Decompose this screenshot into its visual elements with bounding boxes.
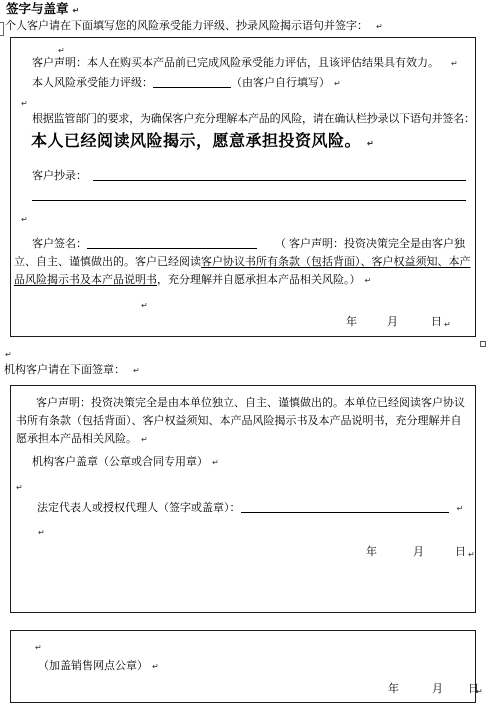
rating-line: 本人风险承受能力评级：（由客户自行填写）↵: [32, 76, 341, 90]
transcribe-line: 客户抄录：: [32, 169, 466, 183]
risk-statement-text: 本人已经阅读风险揭示，愿意承担投资风险。: [31, 133, 361, 150]
individual-intro: 个人客户请在下面填写您的风险承受能力评级、抄录风险揭示语句并签字：↵: [5, 20, 383, 33]
date-month-label: 月: [413, 546, 424, 559]
transcribe-label: 客户抄录：: [32, 170, 87, 182]
date-year-label: 年: [346, 316, 357, 329]
paragraph-mark-icon: ↵: [35, 641, 42, 654]
paragraph-mark-icon: ↵: [38, 526, 45, 539]
date-year-label: 年: [388, 683, 399, 696]
paragraph-mark-icon: ↵: [367, 139, 374, 148]
individual-date-row: 年 月 日 ↵: [11, 316, 477, 330]
outlet-seal-note: （加盖销售网点公章）: [38, 660, 148, 672]
institution-declaration-text: 客户声明：投资决策完全是由本单位独立、自主、谨慎做出的。本单位已经阅读客户协议书…: [16, 397, 465, 445]
signature-note-after: ，充分理解并自愿承担本产品相关风险。）: [157, 274, 361, 286]
regulator-instruction: 根据监管部门的要求，为确保客户充分理解本产品的风险，请在确认栏抄录以下语句并签名…: [32, 113, 475, 126]
date-day-label: 日: [455, 546, 466, 559]
paragraph-mark-icon: ↵: [141, 299, 148, 312]
paragraph-mark-icon: ↵: [133, 366, 140, 375]
date-month-label: 月: [432, 683, 443, 696]
paragraph-mark-icon: ↵: [16, 481, 23, 494]
paragraph-mark-icon: ↵: [21, 97, 28, 110]
representative-line: 法定代表人或授权代理人（签字或盖章）：↵: [37, 501, 463, 515]
paragraph-mark-icon: ↵: [141, 435, 148, 444]
institution-seal-label: 机构客户盖章（公章或合同专用章）: [32, 456, 208, 468]
paragraph-mark-icon: ↵: [468, 548, 475, 561]
rating-label: 本人风险承受能力评级：: [32, 77, 153, 89]
outlet-seal-line: （加盖销售网点公章）↵: [38, 660, 159, 673]
paragraph-mark-icon: ↵: [58, 44, 65, 57]
paragraph-mark-icon: ↵: [21, 213, 28, 226]
frame-anchor-icon: [0, 22, 4, 36]
date-year-label: 年: [366, 546, 377, 559]
paragraph-mark-icon: ↵: [457, 504, 464, 513]
page-title-text: 签字与盖章: [6, 2, 69, 16]
signature-paragraph: 客户签名：（ 客户声明：投资决策完全是由客户独立、自主、谨慎做出的。客户已经阅读…: [14, 235, 476, 290]
transcribe-blank-1[interactable]: [93, 169, 466, 181]
assessment-declaration: 客户声明：本人在购买本产品前已完成风险承受能力评估，且该评估结果具有效力。↵: [32, 57, 458, 70]
rating-note: （由客户自行填写）: [231, 77, 330, 89]
table-handle-icon: [480, 341, 486, 347]
institution-declaration: 客户声明：投资决策完全是由本单位独立、自主、谨慎做出的。本单位已经阅读客户协议书…: [16, 394, 468, 449]
date-month-label: 月: [387, 316, 398, 329]
customer-signature-blank[interactable]: [87, 237, 257, 249]
institution-intro: 机构客户请在下面签章：↵: [4, 364, 140, 377]
paragraph-mark-icon: ↵: [73, 6, 80, 15]
assessment-declaration-text: 客户声明：本人在购买本产品前已完成风险承受能力评估，且该评估结果具有效力。: [32, 57, 439, 69]
institution-intro-text: 机构客户请在下面签章：: [4, 364, 125, 376]
date-day-label: 日: [431, 316, 442, 329]
transcribe-blank-2[interactable]: [32, 187, 466, 201]
paragraph-mark-icon: ↵: [152, 662, 159, 671]
institution-signature-box: 客户声明：投资决策完全是由本单位独立、自主、谨慎做出的。本单位已经阅读客户协议书…: [10, 385, 476, 613]
paragraph-mark-icon: ↵: [376, 22, 383, 31]
representative-signature-blank[interactable]: [241, 501, 449, 513]
paragraph-mark-icon: ↵: [5, 348, 12, 361]
representative-label: 法定代表人或授权代理人（签字或盖章）：: [37, 502, 241, 514]
risk-statement: 本人已经阅读风险揭示，愿意承担投资风险。↵: [31, 132, 374, 154]
paragraph-mark-icon: ↵: [476, 685, 483, 698]
regulator-instruction-text: 根据监管部门的要求，为确保客户充分理解本产品的风险，请在确认栏抄录以下语句并签名…: [32, 113, 475, 125]
outlet-date-row: 年 月 日 ↵: [11, 683, 477, 697]
institution-date-row: 年 月 日 ↵: [11, 546, 477, 560]
paragraph-mark-icon: ↵: [212, 458, 219, 467]
paragraph-mark-icon: ↵: [451, 59, 458, 68]
individual-signature-box: ↵ 客户声明：本人在购买本产品前已完成风险承受能力评估，且该评估结果具有效力。↵…: [10, 37, 476, 337]
paragraph-mark-icon: ↵: [365, 276, 372, 285]
paragraph-mark-icon: ↵: [334, 79, 341, 88]
individual-intro-text: 个人客户请在下面填写您的风险承受能力评级、抄录风险揭示语句并签字：: [5, 20, 368, 32]
rating-blank[interactable]: [153, 76, 231, 88]
customer-signature-label: 客户签名：: [32, 238, 87, 250]
document-page: 签字与盖章↵ 个人客户请在下面填写您的风险承受能力评级、抄录风险揭示语句并签字：…: [0, 0, 488, 709]
paragraph-mark-icon: ↵: [444, 318, 451, 331]
page-title: 签字与盖章↵: [6, 3, 79, 17]
outlet-seal-box: ↵ （加盖销售网点公章）↵ 年 月 日 ↵: [10, 630, 476, 703]
institution-seal-line: 机构客户盖章（公章或合同专用章）↵: [32, 456, 219, 469]
